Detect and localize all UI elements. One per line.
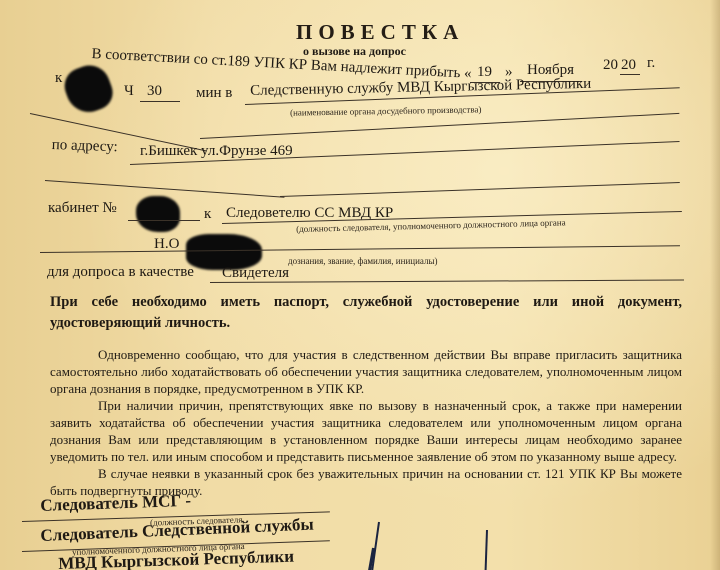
investigator-caption-2: дознания, звание, фамилия, инициалы) <box>288 256 438 266</box>
year-underline <box>620 74 640 75</box>
year-unit: г. <box>647 55 655 72</box>
id-document-notice: При себе необходимо иметь паспорт, служе… <box>50 292 682 334</box>
document-subtitle: о вызове на допрос <box>303 44 406 59</box>
document-title: ПОВЕСТКА <box>296 20 464 45</box>
to-label: к <box>55 70 62 87</box>
role-label: для допроса в качестве <box>47 264 194 281</box>
redacted-cabinet-number <box>136 196 180 232</box>
minutes-underline <box>140 101 180 102</box>
minutes-unit: мин в <box>196 85 232 102</box>
address-label: по адресу: <box>51 137 118 156</box>
hour-unit: Ч <box>124 83 134 100</box>
cabinet-underline <box>128 220 200 221</box>
paper-edge-shadow <box>710 0 720 570</box>
arrival-year: 20 <box>621 57 636 74</box>
to-label-2: к <box>204 206 211 223</box>
paragraph-absence-notice: При наличии причин, препятствующих явке … <box>50 397 682 465</box>
year-prefix: 20 <box>603 57 618 74</box>
arrival-minutes: 30 <box>147 83 162 100</box>
cabinet-label: кабинет № <box>48 200 117 217</box>
role-value: Свидетеля <box>222 265 289 282</box>
paragraph-defender: Одновременно сообщаю, что для участия в … <box>50 346 682 397</box>
